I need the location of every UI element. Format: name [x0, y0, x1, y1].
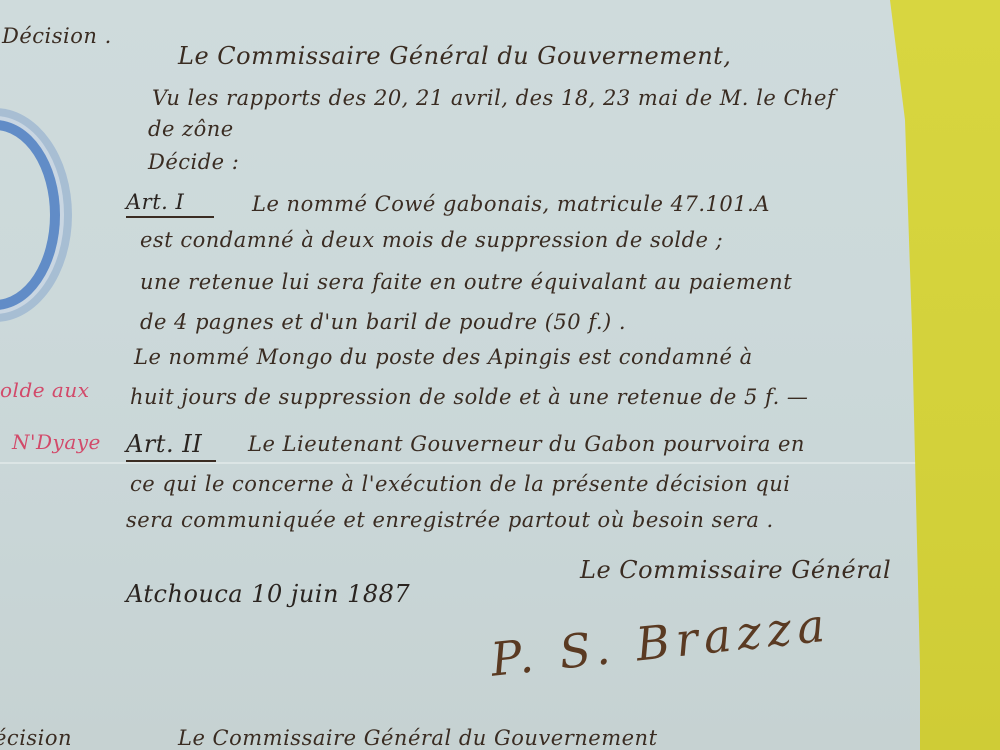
red-margin-note-line-1: olde aux [0, 378, 90, 402]
signature: P. S. Brazza [488, 597, 833, 686]
red-margin-note-line-2: N'Dyaye [12, 430, 101, 454]
decide-label: Décide : [148, 150, 239, 174]
article-2-line: sera communiquée et enregistrée partout … [126, 508, 774, 532]
article-1-line: huit jours de suppression de solde et à … [130, 385, 808, 409]
preamble-line-1: Vu les rapports des 20, 21 avril, des 18… [152, 86, 835, 110]
article-2-line: ce qui le concerne à l'exécution de la p… [130, 472, 791, 496]
document-sheet: Décision . Le Commissaire Général du Gou… [0, 0, 920, 750]
article-2-line: Le Lieutenant Gouverneur du Gabon pourvo… [248, 432, 805, 456]
margin-heading: Décision . [2, 24, 112, 48]
article-1-label: Art. I [126, 190, 214, 218]
signatory-title: Le Commissaire Général [580, 556, 891, 584]
article-1-line: Le nommé Mongo du poste des Apingis est … [134, 345, 753, 369]
document-header: Le Commissaire Général du Gouvernement, [178, 42, 731, 70]
next-document-header: Le Commissaire Général du Gouvernement [178, 726, 658, 750]
article-2-label: Art. II [126, 430, 216, 462]
article-1-line: Le nommé Cowé gabonais, matricule 47.101… [252, 192, 770, 216]
article-1-line: de 4 pagnes et d'un baril de poudre (50 … [140, 310, 626, 334]
article-1-line: une retenue lui sera faite en outre équi… [140, 270, 792, 294]
place-date: Atchouca 10 juin 1887 [126, 580, 410, 608]
preamble-line-2: de zône [148, 117, 234, 141]
article-1-line: est condamné à deux mois de suppression … [140, 228, 723, 252]
blue-seal-stamp-icon [0, 120, 60, 310]
margin-bottom-heading: écision [0, 726, 72, 750]
